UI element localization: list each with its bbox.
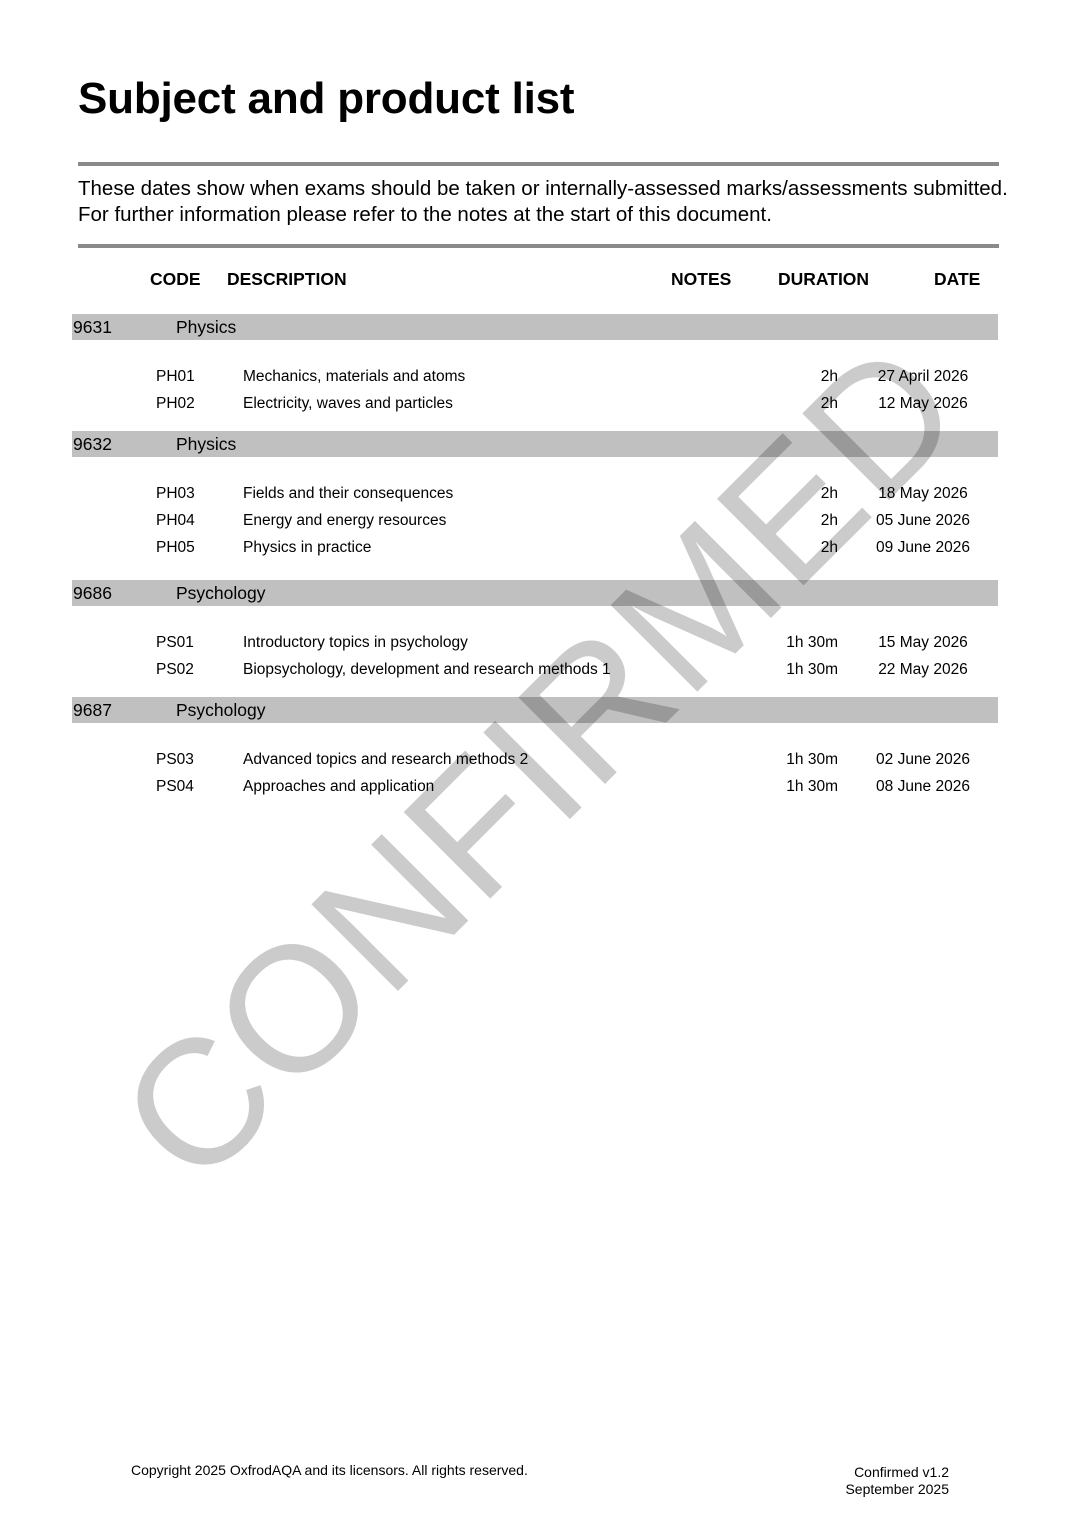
product-code: PS03: [156, 751, 194, 769]
footer-version-block: Confirmed v1.2 September 2025: [845, 1464, 949, 1498]
product-duration: 2h: [821, 539, 838, 557]
group-name: Psychology: [176, 700, 266, 721]
product-description: Advanced topics and research methods 2: [243, 751, 528, 769]
product-code: PS02: [156, 661, 194, 679]
product-duration: 2h: [821, 485, 838, 503]
header-code: CODE: [150, 269, 201, 290]
product-date: 18 May 2026: [866, 485, 980, 503]
product-description: Approaches and application: [243, 778, 434, 796]
product-description: Introductory topics in psychology: [243, 634, 468, 652]
group-code: 9686: [73, 583, 112, 604]
table-row: PH01 Mechanics, materials and atoms 2h 2…: [0, 368, 1080, 390]
product-date: 27 April 2026: [866, 368, 980, 386]
product-duration: 2h: [821, 512, 838, 530]
product-date: 08 June 2026: [866, 778, 980, 796]
table-row: PS04 Approaches and application 1h 30m 0…: [0, 778, 1080, 800]
product-duration: 2h: [821, 395, 838, 413]
group-code: 9632: [73, 434, 112, 455]
group-code: 9687: [73, 700, 112, 721]
product-date: 22 May 2026: [866, 661, 980, 679]
table-row: PS03 Advanced topics and research method…: [0, 751, 1080, 773]
group-name: Psychology: [176, 583, 266, 604]
product-duration: 1h 30m: [786, 661, 838, 679]
table-row: PH03 Fields and their consequences 2h 18…: [0, 485, 1080, 507]
product-code: PH04: [156, 512, 195, 530]
header-description: DESCRIPTION: [227, 269, 347, 290]
page-title: Subject and product list: [78, 74, 574, 124]
product-date: 15 May 2026: [866, 634, 980, 652]
top-divider: [78, 162, 999, 166]
product-duration: 1h 30m: [786, 778, 838, 796]
product-duration: 2h: [821, 368, 838, 386]
table-row: PS02 Biopsychology, development and rese…: [0, 661, 1080, 683]
product-code: PH05: [156, 539, 195, 557]
table-row: PS01 Introductory topics in psychology 1…: [0, 634, 1080, 656]
group-header: 9687 Psychology: [72, 697, 998, 723]
product-description: Mechanics, materials and atoms: [243, 368, 465, 386]
group-name: Physics: [176, 434, 236, 455]
group-name: Physics: [176, 317, 236, 338]
header-notes: NOTES: [671, 269, 731, 290]
product-description: Electricity, waves and particles: [243, 395, 453, 413]
product-code: PH02: [156, 395, 195, 413]
product-date: 09 June 2026: [866, 539, 980, 557]
header-date: DATE: [934, 269, 980, 290]
header-duration: DURATION: [778, 269, 869, 290]
table-row: PH05 Physics in practice 2h 09 June 2026: [0, 539, 1080, 561]
group-header: 9632 Physics: [72, 431, 998, 457]
product-duration: 1h 30m: [786, 751, 838, 769]
product-description: Energy and energy resources: [243, 512, 446, 530]
product-description: Biopsychology, development and research …: [243, 661, 611, 679]
product-description: Fields and their consequences: [243, 485, 453, 503]
product-date: 12 May 2026: [866, 395, 980, 413]
product-code: PH03: [156, 485, 195, 503]
group-header: 9631 Physics: [72, 314, 998, 340]
product-duration: 1h 30m: [786, 634, 838, 652]
table-row: PH04 Energy and energy resources 2h 05 J…: [0, 512, 1080, 534]
product-code: PH01: [156, 368, 195, 386]
product-date: 05 June 2026: [866, 512, 980, 530]
product-code: PS04: [156, 778, 194, 796]
bottom-divider: [78, 244, 999, 248]
group-header: 9686 Psychology: [72, 580, 998, 606]
footer-version: Confirmed v1.2: [845, 1464, 949, 1481]
footer-copyright: Copyright 2025 OxfrodAQA and its licenso…: [131, 1462, 528, 1478]
footer-date: September 2025: [845, 1481, 949, 1498]
product-date: 02 June 2026: [866, 751, 980, 769]
table-row: PH02 Electricity, waves and particles 2h…: [0, 395, 1080, 417]
group-code: 9631: [73, 317, 112, 338]
intro-text: These dates show when exams should be ta…: [78, 176, 1008, 228]
product-description: Physics in practice: [243, 539, 371, 557]
product-code: PS01: [156, 634, 194, 652]
